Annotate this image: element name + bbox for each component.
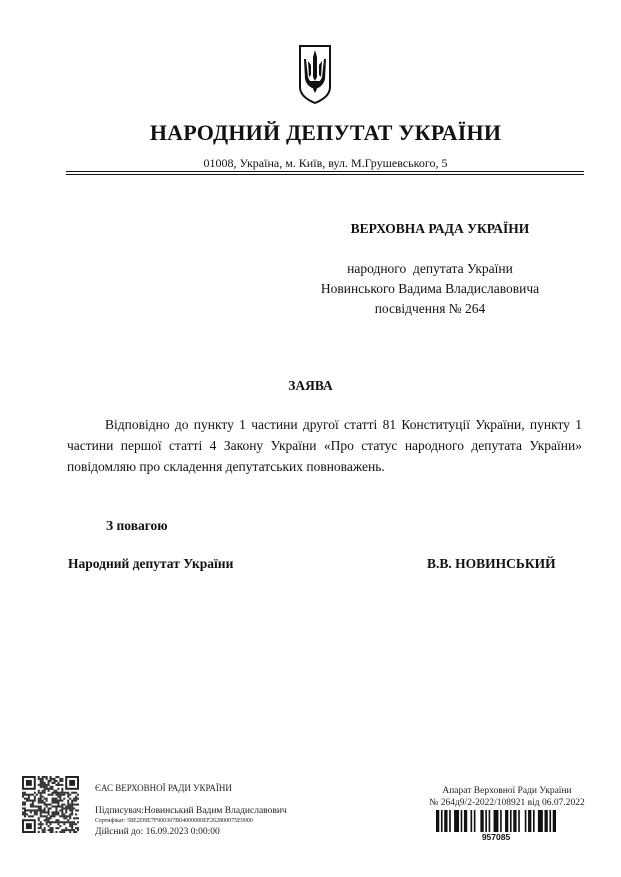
barcode-number: 957085: [436, 832, 556, 842]
signer-position: Народний депутат України: [68, 556, 233, 572]
document-body: Відповідно до пункту 1 частини другої ст…: [67, 414, 582, 477]
qr-code-icon: [22, 776, 79, 833]
signature-system: ЄАС ВЕРХОВНОЇ РАДИ УКРАЇНИ: [95, 783, 232, 793]
document-title: ЗАЯВА: [0, 378, 621, 394]
letterhead-address: 01008, Україна, м. Київ, вул. М.Грушевсь…: [0, 156, 621, 171]
header-divider: [66, 174, 584, 175]
signature-certificate: Сертифікат: 58E2D9E7F900307B04000000EF26…: [95, 818, 253, 824]
letterhead-title: НАРОДНИЙ ДЕПУТАТ УКРАЇНИ: [0, 120, 621, 146]
registration-organization: Апарат Верховної Ради України: [422, 786, 592, 796]
signature-signer: Підписувач:Новинський Вадим Владиславови…: [95, 806, 287, 816]
registration-number: № 264д9/2-2022/108921 від 06.07.2022: [418, 798, 596, 808]
closing: З повагою: [106, 518, 168, 534]
ukraine-trident-emblem-icon: [297, 43, 333, 105]
sender-id: посвідчення № 264: [300, 299, 560, 319]
recipient: ВЕРХОВНА РАДА УКРАЇНИ: [310, 221, 570, 237]
sender-line: народного депутата України: [300, 259, 560, 279]
signer-name: В.В. НОВИНСЬКИЙ: [427, 556, 556, 572]
sender-block: народного депутата України Новинського В…: [300, 259, 560, 319]
barcode-icon: [436, 810, 556, 832]
signature-valid-until: Дійсний до: 16.09.2023 0:00:00: [95, 827, 220, 837]
header-divider: [66, 171, 584, 172]
sender-name: Новинського Вадима Владиславовича: [300, 279, 560, 299]
